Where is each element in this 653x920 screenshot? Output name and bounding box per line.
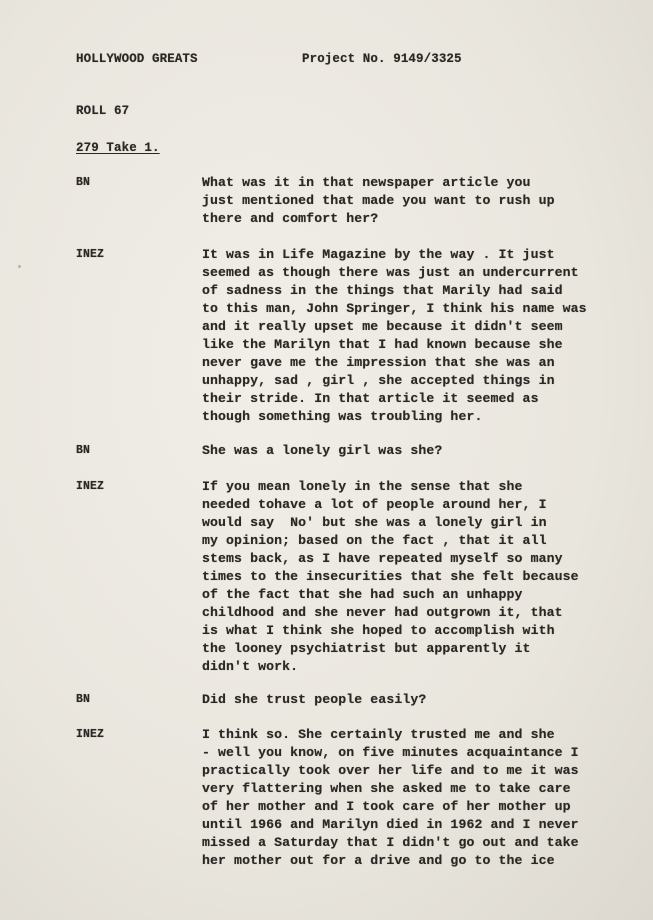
speech-line: - well you know, on five minutes acquain… [202,744,579,762]
speech-line: and it really upset me because it didn't… [202,318,587,336]
take-number: 279 Take 1. [76,141,160,155]
speech-line: I think so. She certainly trusted me and… [202,726,579,744]
speech-block: If you mean lonely in the sense that she… [202,478,579,676]
speech-line: of her mother and I took care of her mot… [202,798,579,816]
project-number: Project No. 9149/3325 [302,52,462,66]
speech-line: practically took over her life and to me… [202,762,579,780]
speech-line: their stride. In that article it seemed … [202,390,587,408]
speech-line: of sadness in the things that Marily had… [202,282,587,300]
speech-line: times to the insecurities that she felt … [202,568,579,586]
speech-line: needed tohave a lot of people around her… [202,496,579,514]
speech-line: seemed as though there was just an under… [202,264,587,282]
speech-line: to this man, John Springer, I think his … [202,300,587,318]
speaker-label: BN [76,693,90,706]
speech-line: like the Marilyn that I had known becaus… [202,336,587,354]
series-title: HOLLYWOOD GREATS [76,52,198,66]
speech-line: What was it in that newspaper article yo… [202,174,555,192]
speech-line: her mother out for a drive and go to the… [202,852,579,870]
paper-smudge [18,265,21,268]
speech-line: there and comfort her? [202,210,555,228]
speech-line: It was in Life Magazine by the way . It … [202,246,587,264]
speech-line: though something was troubling her. [202,408,587,426]
speech-line: very flattering when she asked me to tak… [202,780,579,798]
speech-block: She was a lonely girl was she? [202,442,442,460]
speech-line: my opinion; based on the fact , that it … [202,532,579,550]
speech-line: didn't work. [202,658,579,676]
speaker-label: INEZ [76,728,104,741]
typewritten-page: HOLLYWOOD GREATS Project No. 9149/3325 R… [0,0,653,920]
speech-block: What was it in that newspaper article yo… [202,174,555,228]
speech-line: would say No' but she was a lonely girl … [202,514,579,532]
speaker-label: BN [76,444,90,457]
speaker-label: INEZ [76,248,104,261]
roll-number: ROLL 67 [76,104,129,118]
speech-line: is what I think she hoped to accomplish … [202,622,579,640]
speech-line: If you mean lonely in the sense that she [202,478,579,496]
speaker-label: INEZ [76,480,104,493]
speech-line: just mentioned that made you want to rus… [202,192,555,210]
speaker-label: BN [76,176,90,189]
speech-line: until 1966 and Marilyn died in 1962 and … [202,816,579,834]
speech-line: missed a Saturday that I didn't go out a… [202,834,579,852]
speech-block: It was in Life Magazine by the way . It … [202,246,587,426]
speech-line: the looney psychiatrist but apparently i… [202,640,579,658]
speech-line: She was a lonely girl was she? [202,442,442,460]
speech-line: never gave me the impression that she wa… [202,354,587,372]
speech-line: Did she trust people easily? [202,691,426,709]
speech-block: I think so. She certainly trusted me and… [202,726,579,870]
speech-line: stems back, as I have repeated myself so… [202,550,579,568]
speech-line: unhappy, sad , girl , she accepted thing… [202,372,587,390]
speech-line: of the fact that she had such an unhappy [202,586,579,604]
speech-line: childhood and she never had outgrown it,… [202,604,579,622]
speech-block: Did she trust people easily? [202,691,426,709]
